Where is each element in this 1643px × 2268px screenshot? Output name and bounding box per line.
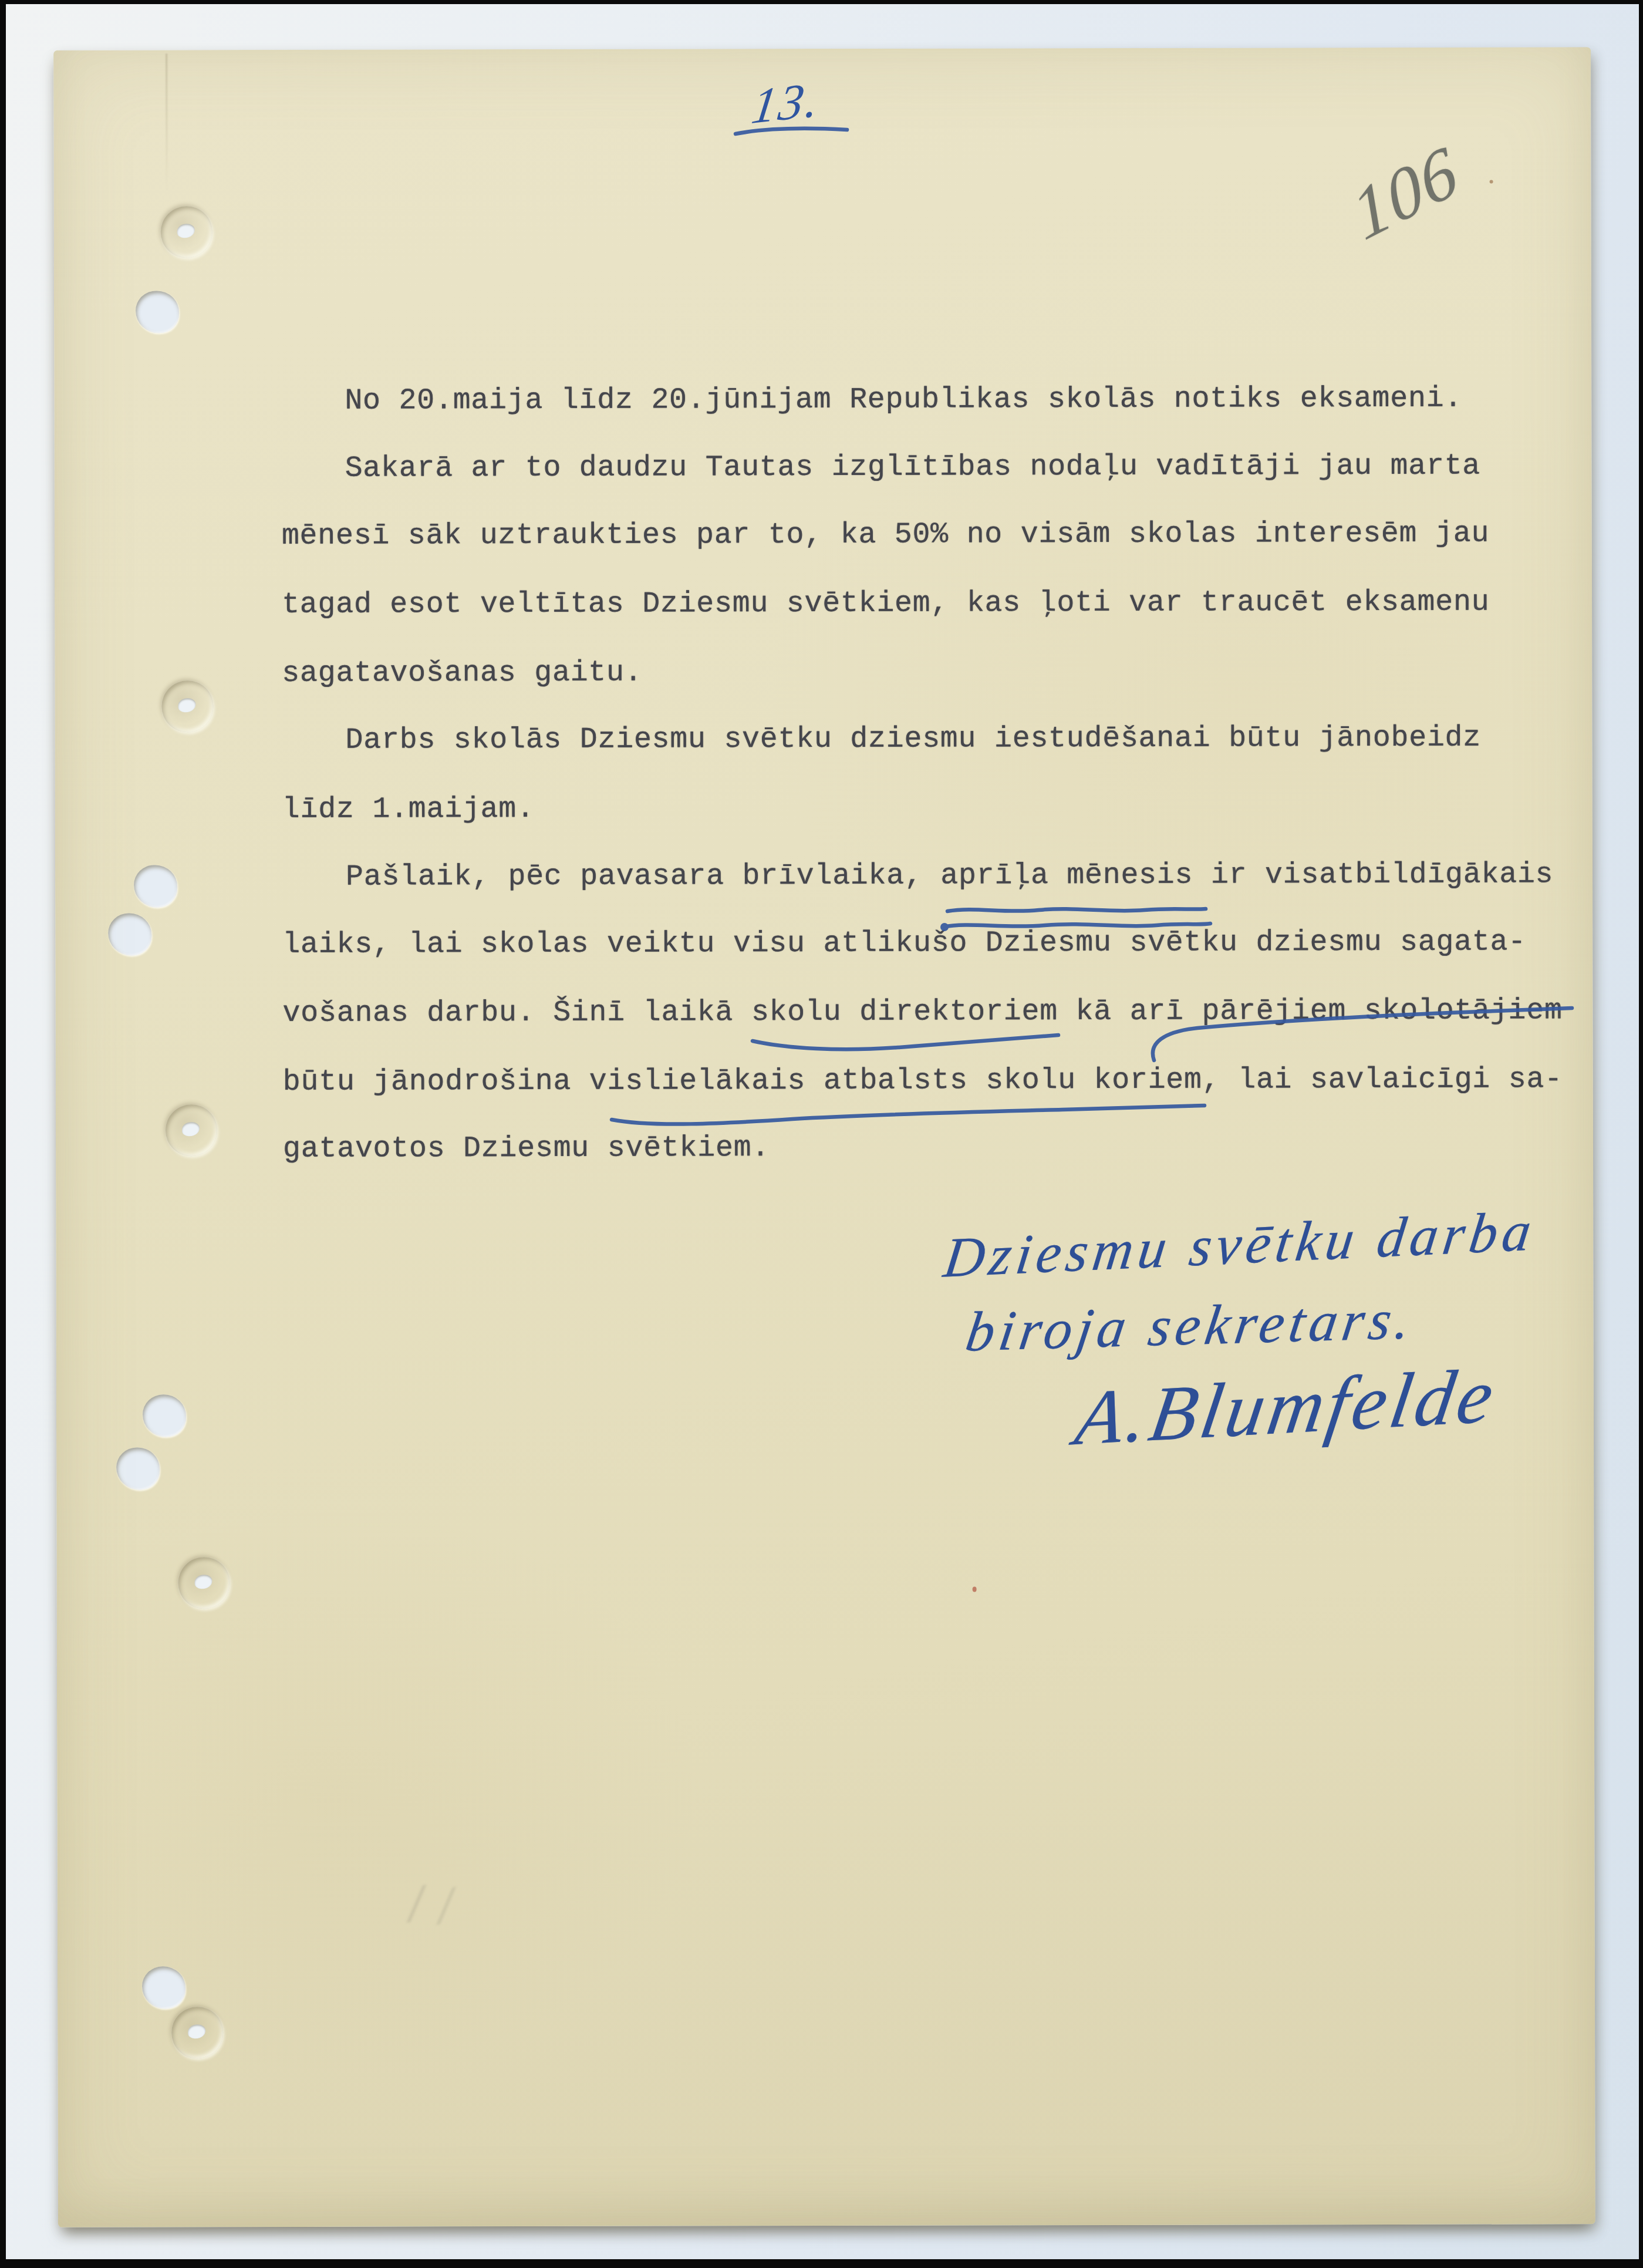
document-page: 13. 106 No 20.maija līdz 20.jūnijam Repu… [53, 47, 1595, 2227]
punch-hole [108, 913, 151, 955]
typed-line: tagad esot veltītas Dziesmu svētkiem, ka… [282, 568, 1561, 639]
typed-line: vošanas darbu. Šinī laikā skolu direktor… [282, 977, 1562, 1048]
scanner-background: 13. 106 No 20.maija līdz 20.jūnijam Repu… [6, 4, 1639, 2259]
binder-hole-dented [161, 206, 212, 258]
paper-crease [166, 53, 167, 191]
typed-line: Darbs skolās Dziesmu svētku dziesmu iest… [282, 704, 1561, 775]
binder-hole-dented [178, 1557, 230, 1609]
typed-line: Pašlaik, pēc pavasara brīvlaika, aprīļa … [282, 841, 1562, 912]
typed-line: sagatavošanas gaitu. [282, 637, 1561, 708]
typed-line: mēnesī sāk uztraukties par to, ka 50% no… [282, 500, 1561, 571]
archive-number-pencil: 106 [1342, 129, 1469, 258]
typed-line: No 20.maija līdz 20.jūnijam Republikas s… [281, 365, 1561, 436]
pencil-smudge [407, 1885, 456, 1925]
punch-hole [136, 291, 179, 333]
typed-line: Sakarā ar to daudzu Tautas izglītības no… [281, 432, 1561, 503]
typed-line: būtu jānodrošina vislielākais atbalsts s… [283, 1046, 1563, 1117]
signature: A.Blumfelde [1070, 1350, 1503, 1463]
paper-speck [973, 1586, 977, 1592]
typed-line: līdz 1.maijam. [282, 773, 1562, 844]
binder-hole-dented [161, 680, 213, 732]
punch-hole [116, 1447, 160, 1489]
handwritten-closing-line-1: Dziesmu svētku darba [940, 1198, 1540, 1290]
binder-hole-dented [166, 1104, 217, 1156]
punch-hole [134, 865, 177, 907]
typed-line: laiks, lai skolas veiktu visu atlikušo D… [282, 908, 1562, 979]
handwritten-closing-line-2: biroja sekretars. [962, 1286, 1420, 1364]
page-number-ink: 13. [748, 70, 825, 136]
scan-frame: 13. 106 No 20.maija līdz 20.jūnijam Repu… [0, 0, 1643, 2268]
paper-speck [1490, 180, 1493, 184]
punch-hole [143, 1394, 186, 1437]
typed-line: gatavotos Dziesmu svētkiem. [283, 1113, 1563, 1184]
punch-hole [142, 1966, 185, 2008]
binder-hole-dented [171, 2007, 223, 2058]
typed-text-block: No 20.maija līdz 20.jūnijam Republikas s… [281, 364, 1563, 1184]
